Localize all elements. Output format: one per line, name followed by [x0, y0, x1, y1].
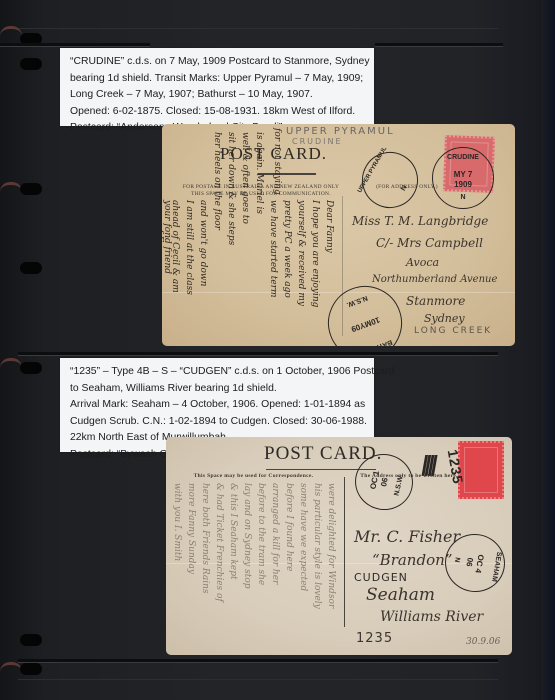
message-line: lay and on Sydney stop [239, 483, 254, 589]
pocket-edge [18, 352, 498, 355]
postcard-cudgen: POST CARD. This Space may be used for Co… [166, 437, 512, 655]
correspondence-notice: This Space may be used for Correspondenc… [166, 473, 341, 480]
postmark-state: N.S.W. [322, 285, 392, 316]
postmark-upper-pyramul: UPPER PYRAMUL N [352, 142, 428, 218]
message-line: of Fanny [162, 224, 166, 263]
message-line: his particular style is lovely [309, 483, 324, 609]
message-line: yourself & received my [293, 200, 308, 306]
message-line: I hope you are enjoying [307, 200, 322, 307]
postmark-date: 10MY09 [330, 308, 401, 341]
message-line: before to the tram she [253, 483, 268, 585]
pocket-edge [0, 43, 150, 46]
pencil-note: CUDGEN [354, 571, 408, 584]
address-line: Stanmore [406, 294, 465, 308]
postmark-crudine: CRUDINE MY 7 1909 N [432, 147, 494, 209]
message-line: we have started term [265, 200, 280, 298]
postmark-year: 1909 [433, 180, 493, 189]
label-line: “CRUDINE” c.d.s. on 7 May, 1909 Postcard… [70, 54, 366, 71]
address-line: Williams River [380, 609, 483, 625]
label-line: Arrival Mark: Seaham – 4 October, 1906. … [70, 397, 366, 414]
pencil-note: LONG CREEK [414, 326, 492, 336]
message-line: I am still at the class [181, 200, 196, 295]
address-line: C/- Mrs Campbell [376, 236, 483, 250]
message-line: is again. Muriel is [251, 132, 266, 214]
label-line: Cudgen Scrub. C.N.: 1-02-1894 to Cudgen.… [70, 414, 366, 431]
binder-ring [0, 662, 22, 672]
address-line: Miss T. M. Langbridge [352, 214, 488, 228]
pocket-edge [18, 679, 498, 680]
label-line: Opened: 6-02-1875. Closed: 15-08-1931. 1… [70, 104, 366, 121]
message-line: with you I. Smith [169, 483, 184, 561]
postmark-bathurst: BATHURST 10MY09 N.S.W. [318, 276, 413, 346]
album-page: “CRUDINE” c.d.s. on 7 May, 1909 Postcard… [0, 0, 555, 700]
postmark-town: CRUDINE [433, 154, 493, 161]
postmark-town: UPPER PYRAMUL [357, 145, 389, 195]
postmark-state: N.S.W. [390, 458, 408, 512]
label-line: to Seaham, Williams River bearing 1d shi… [70, 381, 366, 398]
postmark-town: SEAHAM [488, 539, 505, 595]
postmark-state: N [433, 194, 493, 201]
binder-hole [20, 634, 42, 646]
message-line: before I found here [281, 483, 296, 571]
binder-hole [20, 183, 42, 195]
address-line: Sydney [424, 312, 465, 325]
address-line: Avoca [406, 256, 439, 269]
postmark-state: N [388, 163, 421, 213]
message-line: well & often goes to [237, 132, 252, 224]
address-line: Mr. C. Fisher [354, 527, 460, 546]
message-line: & had Ticket Frenchies of [211, 483, 226, 602]
address-line: Seaham [366, 585, 435, 605]
pocket-edge [18, 659, 498, 662]
stamp-1d-shield [458, 441, 504, 499]
message-line: sit her down & she steps [223, 132, 238, 245]
description-label: “CRUDINE” c.d.s. on 7 May, 1909 Postcard… [60, 48, 374, 126]
fold-line [162, 292, 515, 293]
message-line: some have we expected [295, 483, 310, 591]
message-line: more Fanny Sunday [183, 483, 198, 574]
binder-hole [20, 262, 42, 274]
page-edge [541, 0, 555, 700]
pencil-note: 30.9.06 [466, 637, 500, 647]
message-line: arranged a kill for her [267, 483, 282, 584]
pencil-note: UPPER PYRAMUL [286, 126, 395, 137]
binder-hole [20, 663, 42, 675]
pencil-note: 1235 [356, 631, 393, 646]
pencil-note: CRUDINE [292, 137, 343, 146]
message-line: were delighted for Windsor [323, 483, 338, 608]
label-line: “1235” – Type 4B – S – “CUDGEN” c.d.s. o… [70, 364, 366, 381]
binder-ring [0, 358, 22, 368]
message-line: & this I Seaham kept [225, 483, 240, 580]
pocket-edge [18, 28, 498, 29]
title-underline [258, 173, 316, 175]
binder-ring [0, 182, 22, 192]
label-line: bearing 1d shield. Transit Marks: Upper … [70, 71, 366, 88]
message-line: and won't go down [195, 200, 210, 286]
address-line: “Brandon” [372, 551, 452, 569]
address-line: Northumberland Avenue [372, 274, 497, 285]
message-line: her heels on the floor [209, 132, 224, 230]
label-line: Long Creek – 7 May, 1907; Bathurst – 10 … [70, 87, 366, 104]
message-line: pretty PC a week ago [279, 200, 294, 298]
message-line: here both Friends Rains [197, 483, 212, 594]
message-line: for not staying [269, 128, 284, 195]
pocket-edge [375, 43, 503, 46]
binder-hole [20, 58, 42, 70]
postcard-crudine: POST CARD. FOR POSTAGE IN AUSTRALIA AND … [162, 124, 515, 346]
binder-hole [20, 362, 42, 374]
postmark-date: MY 7 [433, 170, 493, 179]
center-divider [344, 477, 345, 627]
message-line: Dear Fanny [321, 200, 336, 253]
